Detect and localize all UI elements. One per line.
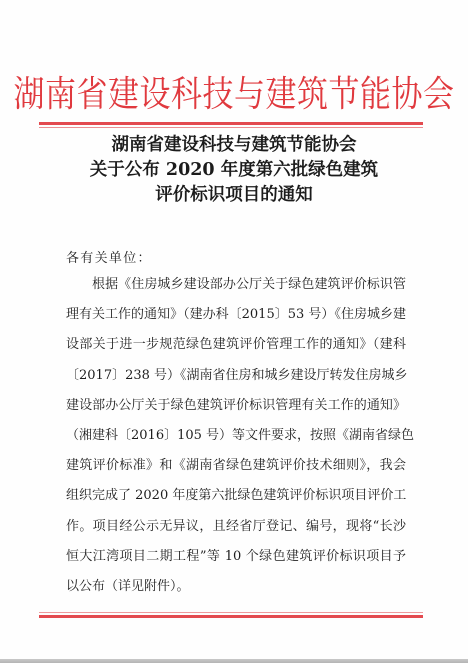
body-line: 理有关工作的通知》（建办科〔2015〕53 号）《住房城乡建: [66, 300, 406, 330]
document-page: 湖南省建设科技与建筑节能协会 湖南省建设科技与建筑节能协会 关于公布 2020 …: [0, 0, 468, 663]
body-line: 作。项目经公示无异议，且经省厅登记、编号，现将“长沙: [66, 512, 406, 542]
body-line: 恒大江湾项目二期工程”等 10 个绿色建筑评价标识项目予: [66, 542, 406, 572]
salutation: 各有关单位：: [66, 250, 152, 268]
body-line: 建筑评价标准》和《湖南省绿色建筑评价技术细则》，我会: [66, 451, 406, 481]
body-line: 组织完成了 2020 年度第六批绿色建筑评价标识项目评价工: [66, 481, 406, 511]
title-line-2: 关于公布 2020 年度第六批绿色建筑: [0, 158, 468, 183]
footer-rule-thick: [39, 615, 423, 618]
title-line-1: 湖南省建设科技与建筑节能协会: [0, 133, 468, 158]
masthead-rule-thick: [39, 122, 423, 125]
footer-rule-thin: [39, 612, 423, 613]
notice-title: 湖南省建设科技与建筑节能协会 关于公布 2020 年度第六批绿色建筑 评价标识项…: [0, 133, 468, 208]
page-edge-shadow: [0, 659, 468, 663]
body-line: 建设部办公厅关于绿色建筑评价标识管理有关工作的通知》: [66, 391, 406, 421]
organization-masthead: 湖南省建设科技与建筑节能协会: [0, 74, 468, 115]
title-line-3: 评价标识项目的通知: [0, 183, 468, 208]
body-line: 根据《住房城乡建设部办公厅关于绿色建筑评价标识管: [66, 270, 406, 300]
body-line: 〔2017〕238 号）《湖南省住房和城乡建设厅转发住房城乡: [66, 361, 406, 391]
notice-body: 根据《住房城乡建设部办公厅关于绿色建筑评价标识管 理有关工作的通知》（建办科〔2…: [66, 270, 406, 602]
body-line: （湘建科〔2016〕105 号）等文件要求，按照《湖南省绿色: [66, 421, 406, 451]
masthead-rule-thin: [39, 127, 423, 128]
body-line: 以公布（详见附件）。: [66, 572, 406, 602]
body-line: 设部关于进一步规范绿色建筑评价管理工作的通知》（建科: [66, 330, 406, 360]
